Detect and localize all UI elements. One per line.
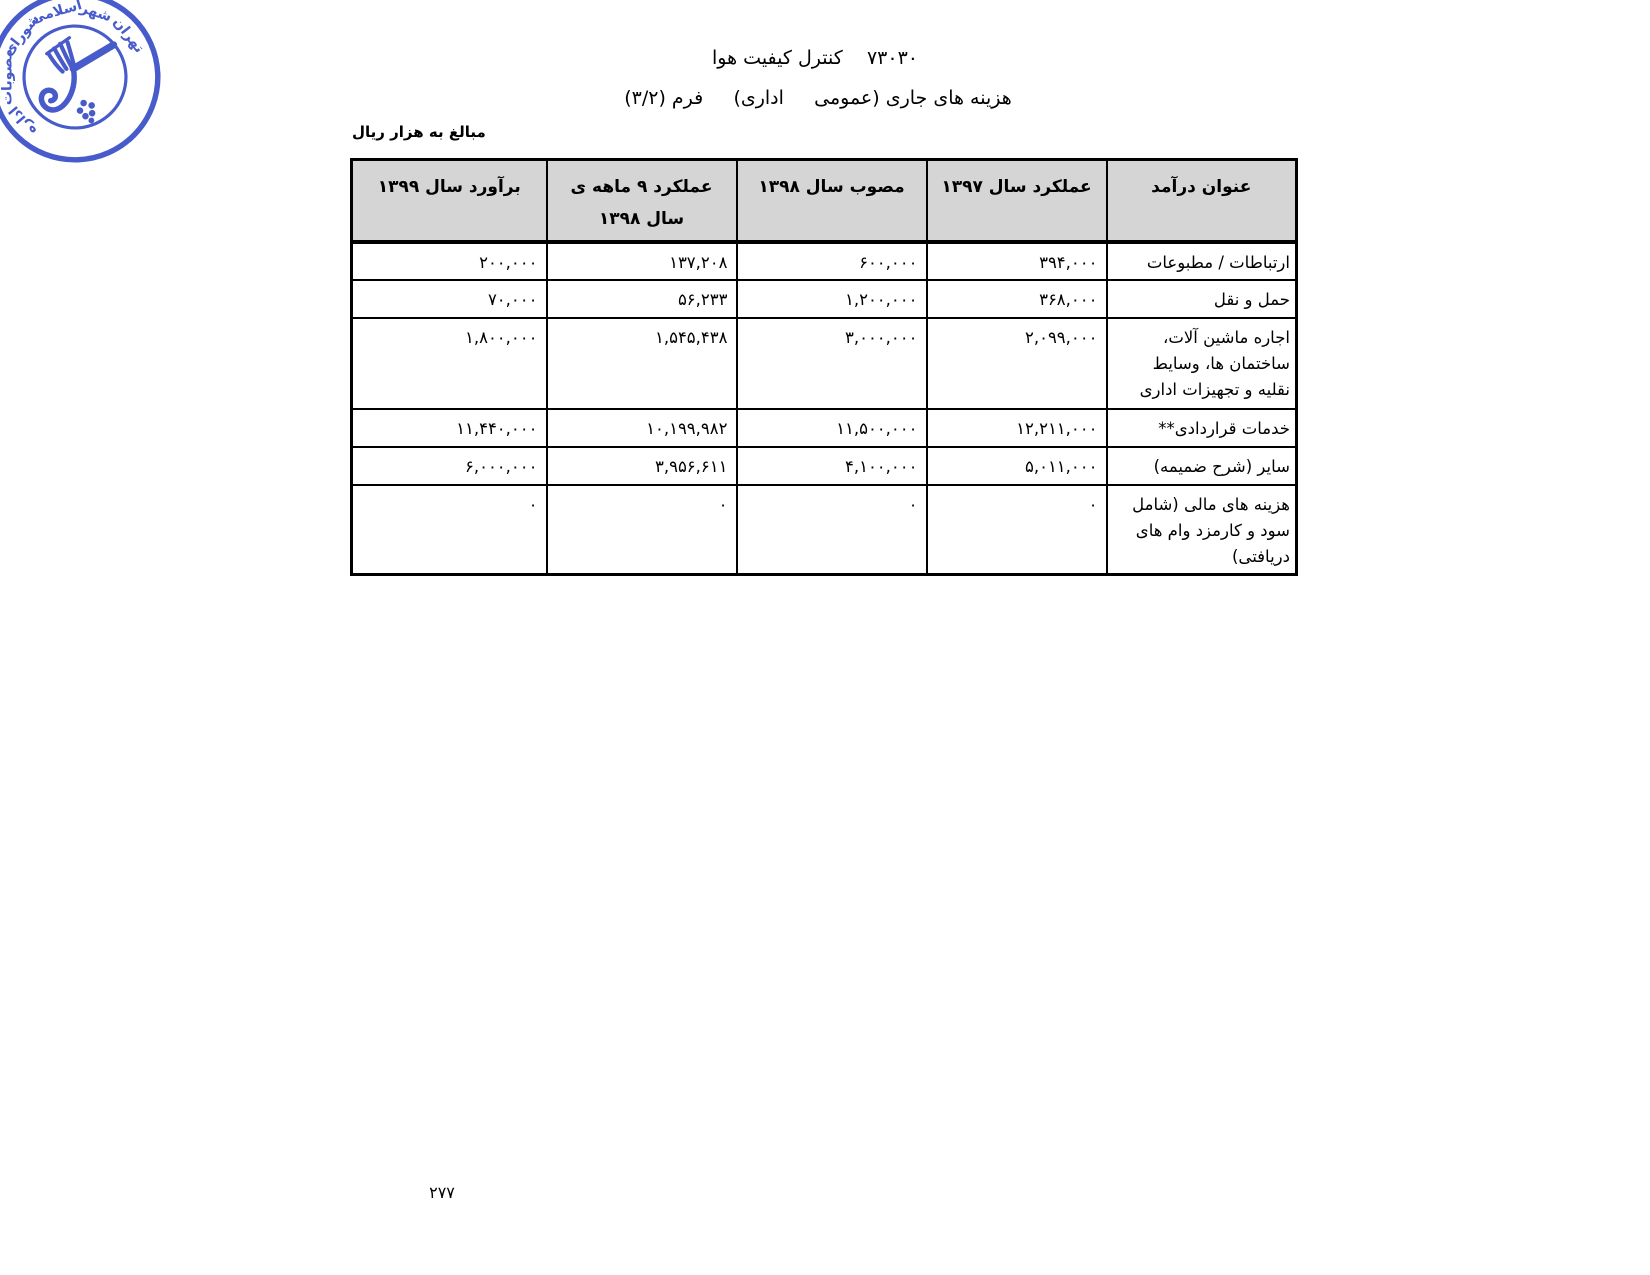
value-cell: ۶,۰۰۰,۰۰۰: [352, 447, 547, 485]
value-cell: ۶۰۰,۰۰۰: [737, 242, 927, 280]
value-cell: ۰: [737, 485, 927, 575]
value-cell: ۱,۵۴۵,۴۳۸: [547, 318, 737, 409]
value-cell: ۰: [352, 485, 547, 575]
value-cell: ۳۹۴,۰۰۰: [927, 242, 1107, 280]
stamp-ring-word: اسلامی: [29, 0, 84, 27]
row-label: ارتباطات / مطبوعات: [1107, 242, 1297, 280]
row-label: حمل و نقل: [1107, 280, 1297, 318]
value-cell: ۵۶,۲۳۳: [547, 280, 737, 318]
header-9month-1398: عملکرد ۹ ماهه ی سال ۱۳۹۸: [547, 160, 737, 242]
council-stamp: ادارهمصوباتشورایاسلامیشهرتهران: [0, 0, 195, 197]
table-row: ارتباطات / مطبوعات۳۹۴,۰۰۰۶۰۰,۰۰۰۱۳۷,۲۰۸۲…: [352, 242, 1297, 280]
table-row: اجاره ماشین آلات، ساختمان ها، وسایط نقلی…: [352, 318, 1297, 409]
document-title: ۷۳۰۳۰ کنترل کیفیت هوا: [712, 47, 918, 69]
stamp-ring-word: تهران: [110, 15, 147, 57]
unit-note: مبالغ به هزار ریال: [352, 123, 486, 141]
document-page: { "page": { "title_code": "۷۳۰۳۰", "titl…: [0, 0, 1650, 1275]
header-performance-1397: عملکرد سال ۱۳۹۷: [927, 160, 1107, 242]
value-cell: ۷۰,۰۰۰: [352, 280, 547, 318]
value-cell: ۱,۸۰۰,۰۰۰: [352, 318, 547, 409]
stamp-emblem: [23, 22, 140, 138]
stamp-ring-word: مصوبات: [0, 49, 15, 105]
value-cell: ۵,۰۱۱,۰۰۰: [927, 447, 1107, 485]
value-cell: ۱,۲۰۰,۰۰۰: [737, 280, 927, 318]
expenses-table: عنوان درآمد عملکرد سال ۱۳۹۷ مصوب سال ۱۳۹…: [350, 158, 1298, 576]
stamp-ring-text: ادارهمصوباتشورایاسلامیشهرتهران: [0, 0, 162, 143]
row-label: خدمات قراردادی**: [1107, 409, 1297, 447]
stamp-ring-word: شورای: [0, 11, 43, 59]
stamp-ring-word: اداره: [6, 103, 40, 139]
header-estimate-1399: برآورد سال ۱۳۹۹: [352, 160, 547, 242]
row-label: هزینه های مالی (شامل سود و کارمزد وام ها…: [1107, 485, 1297, 575]
table-row: حمل و نقل۳۶۸,۰۰۰۱,۲۰۰,۰۰۰۵۶,۲۳۳۷۰,۰۰۰: [352, 280, 1297, 318]
value-cell: ۱۳۷,۲۰۸: [547, 242, 737, 280]
value-cell: ۱۱,۵۰۰,۰۰۰: [737, 409, 927, 447]
value-cell: ۱۱,۴۴۰,۰۰۰: [352, 409, 547, 447]
table-row: هزینه های مالی (شامل سود و کارمزد وام ها…: [352, 485, 1297, 575]
stamp-inner-ring: [8, 10, 143, 145]
value-cell: ۱۲,۲۱۱,۰۰۰: [927, 409, 1107, 447]
value-cell: ۳,۹۵۶,۶۱۱: [547, 447, 737, 485]
stamp-ring-word: شهر: [77, 0, 113, 25]
value-cell: ۳,۰۰۰,۰۰۰: [737, 318, 927, 409]
stamp-outer-ring: [0, 0, 184, 186]
value-cell: ۲۰۰,۰۰۰: [352, 242, 547, 280]
title-text: کنترل کیفیت هوا: [712, 47, 843, 69]
page-number: ۲۷۷: [412, 1183, 472, 1202]
row-label: اجاره ماشین آلات، ساختمان ها، وسایط نقلی…: [1107, 318, 1297, 409]
header-revenue-title: عنوان درآمد: [1107, 160, 1297, 242]
header-approved-1398: مصوب سال ۱۳۹۸: [737, 160, 927, 242]
value-cell: ۰: [547, 485, 737, 575]
table-row: سایر (شرح ضمیمه)۵,۰۱۱,۰۰۰۴,۱۰۰,۰۰۰۳,۹۵۶,…: [352, 447, 1297, 485]
row-label: سایر (شرح ضمیمه): [1107, 447, 1297, 485]
value-cell: ۳۶۸,۰۰۰: [927, 280, 1107, 318]
budget-code: ۷۳۰۳۰: [867, 47, 918, 69]
value-cell: ۴,۱۰۰,۰۰۰: [737, 447, 927, 485]
value-cell: ۱۰,۱۹۹,۹۸۲: [547, 409, 737, 447]
document-subtitle: هزینه های جاری (عمومی اداری) فرم (۳/۲): [624, 87, 1012, 109]
council-stamp-seal: ادارهمصوباتشورایاسلامیشهرتهران: [0, 0, 195, 197]
value-cell: ۰: [927, 485, 1107, 575]
value-cell: ۲,۰۹۹,۰۰۰: [927, 318, 1107, 409]
table-header-row: عنوان درآمد عملکرد سال ۱۳۹۷ مصوب سال ۱۳۹…: [352, 160, 1297, 242]
table-row: خدمات قراردادی**۱۲,۲۱۱,۰۰۰۱۱,۵۰۰,۰۰۰۱۰,۱…: [352, 409, 1297, 447]
